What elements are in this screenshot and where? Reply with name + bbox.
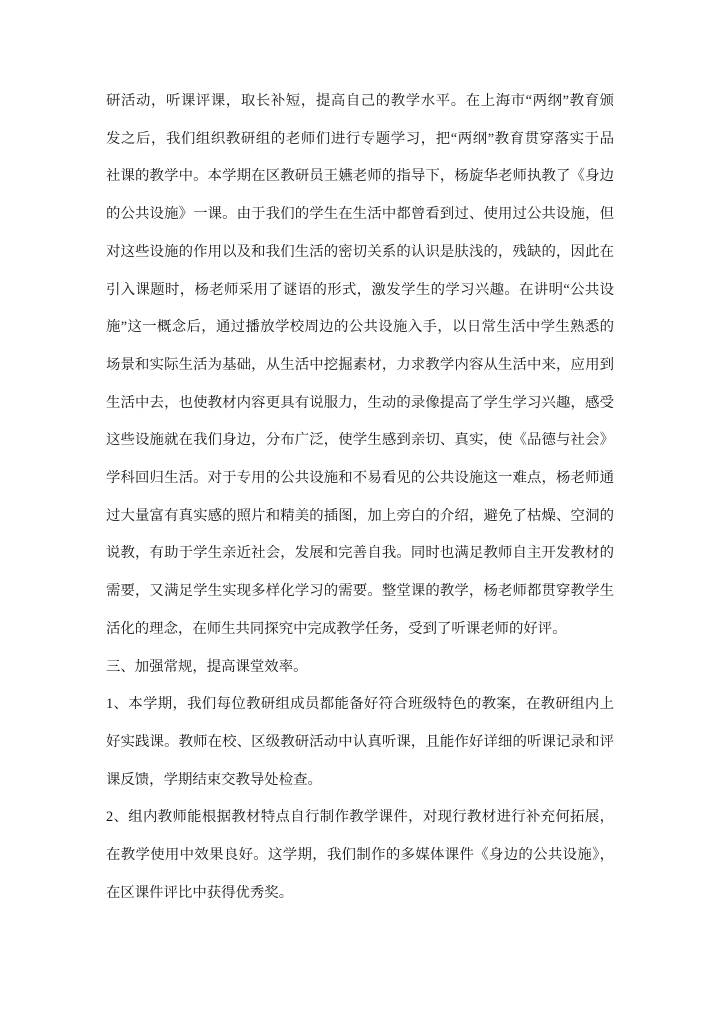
text-line: 发之后，我们组织教研组的老师们进行专题学习，把“两纲”教育贯穿落实于品 bbox=[106, 121, 614, 159]
text-line: 1、本学期，我们每位教研组成员都能备好符合班级特色的教案，在教研组内上 bbox=[106, 686, 614, 724]
section-heading-line: 三、加强常规，提高课堂效率。 bbox=[106, 649, 614, 687]
text-line: 在教学使用中效果良好。这学期，我们制作的多媒体课件《身边的公共设施》， bbox=[106, 837, 614, 875]
text-line: 过大量富有真实感的照片和精美的插图，加上旁白的介绍，避免了枯燥、空洞的 bbox=[106, 498, 614, 536]
text-line: 的公共设施》一课。由于我们的学生在生活中都曾看到过、使用过公共设施，但 bbox=[106, 196, 614, 234]
text-line: 研活动，听课评课，取长补短，提高自己的教学水平。在上海市“两纲”教育颁 bbox=[106, 83, 614, 121]
text-line: 课反馈，学期结束交教导处检查。 bbox=[106, 762, 614, 800]
text-line: 场景和实际生活为基础，从生活中挖掘素材，力求教学内容从生活中来，应用到 bbox=[106, 347, 614, 385]
text-line: 生活中去，也使教材内容更具有说服力，生动的录像提高了学生学习兴趣，感受 bbox=[106, 385, 614, 423]
document-body: 研活动，听课评课，取长补短，提高自己的教学水平。在上海市“两纲”教育颁 发之后，… bbox=[106, 83, 614, 912]
text-line: 对这些设施的作用以及和我们生活的密切关系的认识是肤浅的，残缺的，因此在 bbox=[106, 234, 614, 272]
text-line: 活化的理念，在师生共同探究中完成教学任务，受到了听课老师的好评。 bbox=[106, 611, 614, 649]
text-line: 施”这一概念后，通过播放学校周边的公共设施入手，以日常生活中学生熟悉的 bbox=[106, 309, 614, 347]
text-line: 引入课题时，杨老师采用了谜语的形式，激发学生的学习兴趣。在讲明“公共设 bbox=[106, 272, 614, 310]
text-line: 这些设施就在我们身边，分布广泛，使学生感到亲切、真实，使《品德与社会》 bbox=[106, 422, 614, 460]
text-line: 说教，有助于学生亲近社会，发展和完善自我。同时也满足教师自主开发教材的 bbox=[106, 535, 614, 573]
document-page: 研活动，听课评课，取长补短，提高自己的教学水平。在上海市“两纲”教育颁 发之后，… bbox=[0, 0, 721, 1020]
text-line: 2、组内教师能根据教材特点自行制作教学课件，对现行教材进行补充何拓展， bbox=[106, 799, 614, 837]
text-line: 学科回归生活。对于专用的公共设施和不易看见的公共设施这一难点，杨老师通 bbox=[106, 460, 614, 498]
text-line: 在区课件评比中获得优秀奖。 bbox=[106, 875, 614, 913]
text-line: 需要，又满足学生实现多样化学习的需要。整堂课的教学，杨老师都贯穿教学生 bbox=[106, 573, 614, 611]
text-line: 社课的教学中。本学期在区教研员王嬿老师的指导下，杨旋华老师执教了《身边 bbox=[106, 158, 614, 196]
text-line: 好实践课。教师在校、区级教研活动中认真听课，且能作好详细的听课记录和评 bbox=[106, 724, 614, 762]
